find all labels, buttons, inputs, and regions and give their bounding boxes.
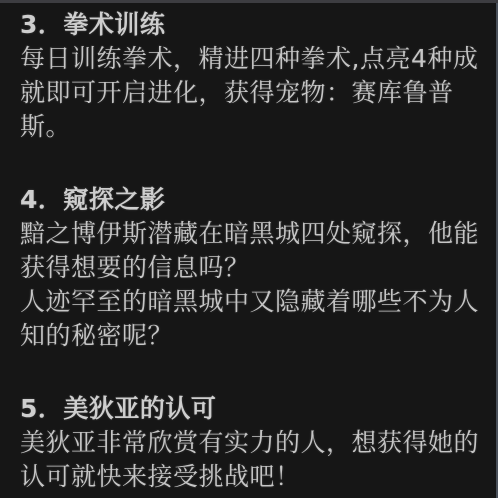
section-text-line: 每日训练拳术，精进四种拳术,点亮4种成 (20, 42, 480, 76)
section-medea-approval: 5．美狄亚的认可 美狄亚非常欣赏有实力的人，想获得她的 认可就快来接受挑战吧！ (20, 392, 480, 494)
section-boxing-training: 3．拳术训练 每日训练拳术，精进四种拳术,点亮4种成 就即可开启进化，获得宠物：… (20, 8, 480, 144)
section-heading: 5．美狄亚的认可 (20, 392, 480, 426)
section-heading: 3．拳术训练 (20, 8, 480, 42)
announcement-content: 3．拳术训练 每日训练拳术，精进四种拳术,点亮4种成 就即可开启进化，获得宠物：… (20, 8, 480, 494)
section-text-line: 获得想要的信息吗？ (20, 251, 480, 285)
section-text-line: 斯。 (20, 110, 480, 144)
section-text-line: 人迹罕至的暗黑城中又隐藏着哪些不为人 (20, 285, 480, 319)
section-text-line: 就即可开启进化，获得宠物：赛库鲁普 (20, 76, 480, 110)
section-heading: 4．窥探之影 (20, 183, 480, 217)
announcement-page: 3．拳术训练 每日训练拳术，精进四种拳术,点亮4种成 就即可开启进化，获得宠物：… (0, 0, 498, 498)
section-text-line: 认可就快来接受挑战吧！ (20, 460, 480, 494)
section-text-line: 美狄亚非常欣赏有实力的人，想获得她的 (20, 426, 480, 460)
window-top-border (0, 0, 498, 3)
section-peeping-shadow: 4．窥探之影 黯之博伊斯潜藏在暗黑城四处窥探，他能 获得想要的信息吗？ 人迹罕至… (20, 183, 480, 353)
section-text-line: 知的秘密呢？ (20, 319, 480, 353)
section-text-line: 黯之博伊斯潜藏在暗黑城四处窥探，他能 (20, 217, 480, 251)
